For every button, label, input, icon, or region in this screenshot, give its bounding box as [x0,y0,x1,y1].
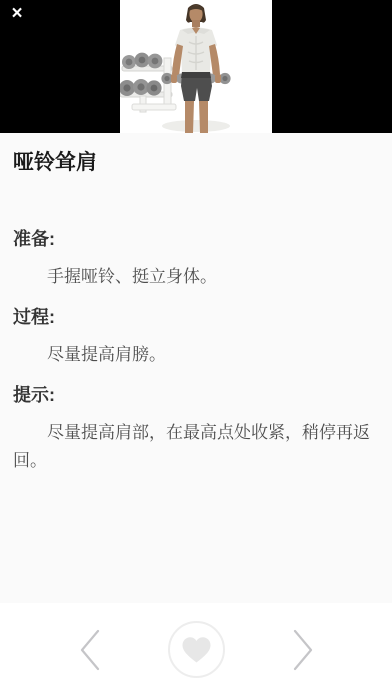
favorite-button[interactable] [168,621,225,678]
section-body: 尽量提高肩膀。 [13,341,379,369]
exercise-content: 哑铃耸肩 准备: 手握哑铃、挺立身体。 过程: 尽量提高肩膀。 提示: 尽量提高… [0,133,392,603]
section-body: 手握哑铃、挺立身体。 [13,263,379,291]
exercise-title: 哑铃耸肩 [13,149,379,177]
section-heading: 提示: [13,383,379,407]
section-tips: 提示: 尽量提高肩部，在最高点处收紧，稍停再返回。 [13,383,379,475]
section-preparation: 准备: 手握哑铃、挺立身体。 [13,227,379,291]
chevron-right-icon [291,628,315,672]
exercise-illustration [120,0,272,133]
dumbbell-shrug-figure [120,0,272,133]
chevron-left-icon [78,628,102,672]
hero-header: × [0,0,392,133]
bottom-nav [0,603,392,696]
section-body: 尽量提高肩部，在最高点处收紧，稍停再返回。 [13,419,379,475]
close-icon[interactable]: × [3,1,31,27]
exercise-detail-screen: × [0,0,392,696]
previous-button[interactable] [70,626,110,674]
section-heading: 准备: [13,227,379,251]
next-button[interactable] [283,626,323,674]
section-process: 过程: 尽量提高肩膀。 [13,305,379,369]
section-heading: 过程: [13,305,379,329]
heart-icon [181,636,212,664]
